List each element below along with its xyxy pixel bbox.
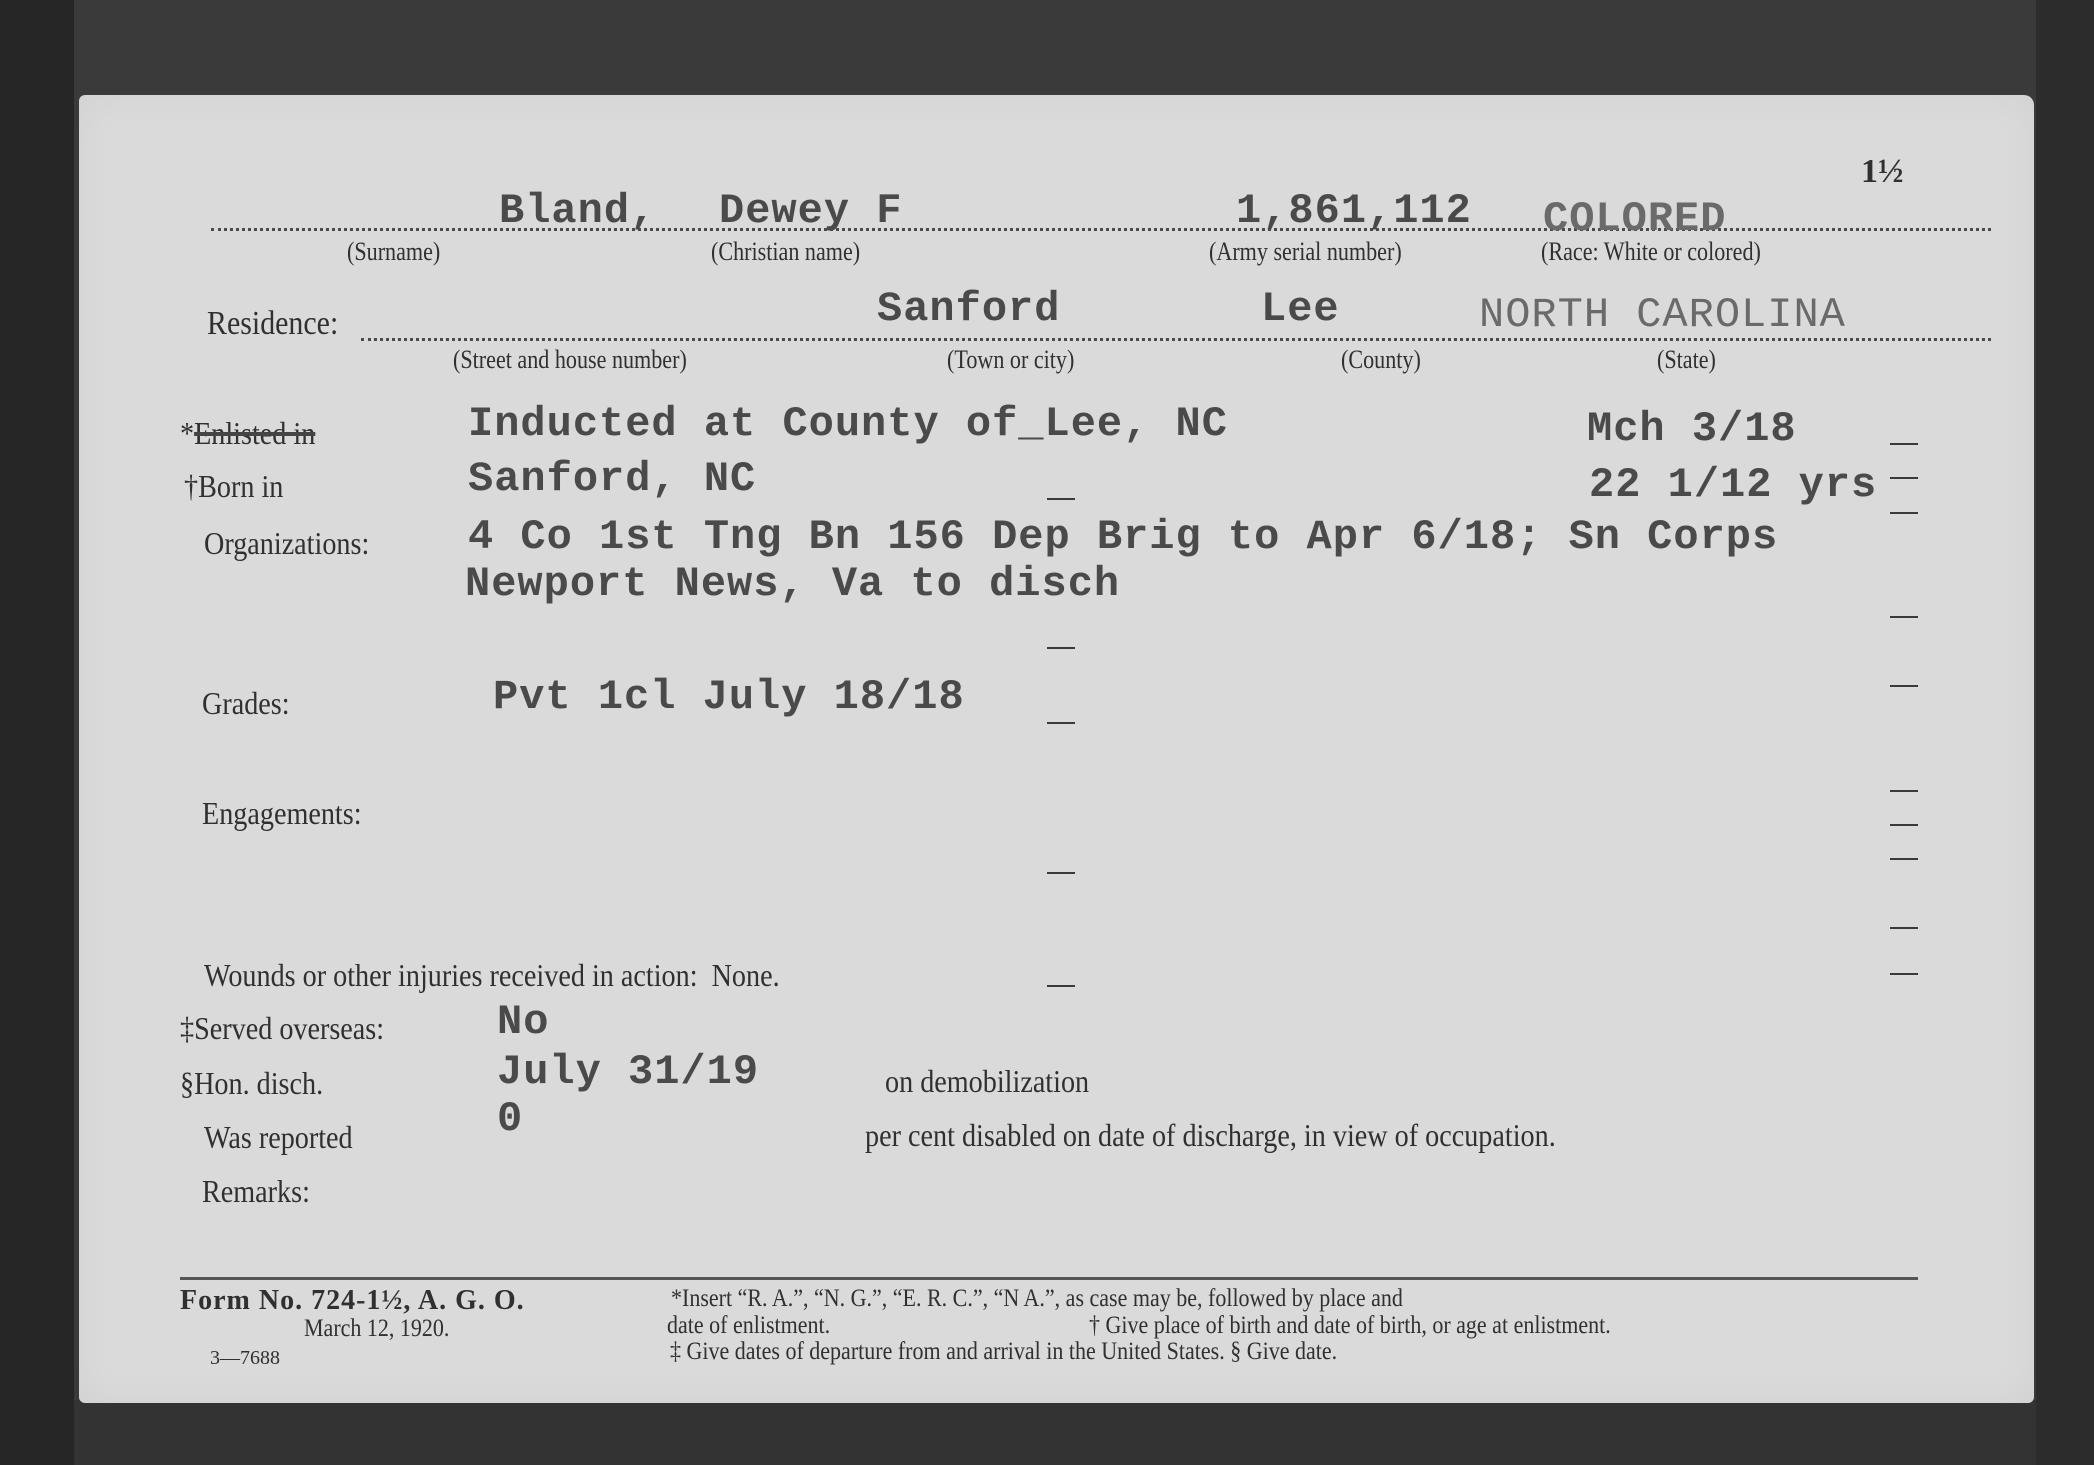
- born-label-text: Born in: [198, 468, 283, 504]
- organizations-label: Organizations:: [204, 525, 369, 562]
- served-overseas-value: No: [497, 998, 549, 1046]
- town-caption: (Town or city): [947, 345, 1074, 375]
- born-mid-dash: [1047, 498, 1075, 500]
- engagements-mid-dash: [1047, 722, 1075, 724]
- residence-state-value: NORTH CAROLINA: [1479, 291, 1846, 339]
- state-caption: (State): [1657, 345, 1716, 375]
- enlisted-label: *Enlisted in: [180, 415, 315, 452]
- surname-value: Bland,: [499, 187, 656, 235]
- hon-disch-value: July 31/19: [497, 1048, 759, 1096]
- hon-disch-label: §Hon. disch.: [180, 1065, 323, 1102]
- remarks-end-dash: [1890, 973, 1918, 975]
- street-caption: (Street and house number): [453, 345, 687, 375]
- footnote-line3: ‡ Give dates of departure from and arriv…: [670, 1338, 1337, 1366]
- born-age: 22 1/12 yrs: [1589, 461, 1877, 509]
- enlisted-marker: *: [180, 415, 194, 451]
- was-reported-suffix: per cent disabled on date of discharge, …: [865, 1117, 1556, 1154]
- organizations-line1: 4 Co 1st Tng Bn 156 Dep Brig to Apr 6/18…: [468, 513, 1778, 561]
- born-marker: †: [184, 468, 198, 504]
- footnote-line2a: date of enlistment.: [667, 1312, 830, 1340]
- hon-disch-suffix: on demobilization: [885, 1063, 1089, 1100]
- wounds-value: None.: [712, 957, 780, 993]
- was-reported-end-dash: [1890, 927, 1918, 929]
- scan-border-right: [2036, 0, 2094, 1465]
- serial-number-caption: (Army serial number): [1209, 237, 1402, 267]
- residence-label: Residence:: [207, 305, 338, 343]
- footnote-line2b: † Give place of birth and date of birth,…: [1089, 1312, 1611, 1340]
- served-overseas-label-text: Served overseas:: [194, 1010, 384, 1046]
- christian-name-value: Dewey F: [719, 187, 902, 235]
- was-reported-label: Was reported: [204, 1119, 353, 1156]
- christian-name-caption: (Christian name): [711, 237, 860, 267]
- grades-end-dash: [1890, 616, 1918, 618]
- enlisted-label-text: Enlisted in: [194, 415, 315, 451]
- footnote-line1: *Insert “R. A.”, “N. G.”, “E. R. C.”, “N…: [671, 1285, 1403, 1313]
- form-date: March 12, 1920.: [304, 1315, 449, 1343]
- remarks-mid-dash: [1047, 985, 1075, 987]
- overseas-mid-dash: [1047, 872, 1075, 874]
- organizations-line2: Newport News, Va to disch: [465, 560, 1120, 608]
- organizations-end-dash: [1890, 512, 1918, 514]
- served-overseas-label: ‡Served overseas:: [180, 1010, 384, 1047]
- wounds-label: Wounds or other injuries received in act…: [204, 957, 780, 994]
- served-overseas-marker: ‡: [180, 1010, 194, 1046]
- remarks-label: Remarks:: [202, 1173, 310, 1210]
- wounds-end-dash: [1890, 790, 1918, 792]
- born-end-dash: [1890, 477, 1918, 479]
- born-label: †Born in: [184, 468, 283, 505]
- born-value: Sanford, NC: [468, 455, 756, 503]
- print-code: 3—7688: [210, 1347, 280, 1370]
- hon-disch-label-text: Hon. disch.: [194, 1065, 323, 1101]
- scan-border-bottom: [74, 1400, 2036, 1465]
- surname-caption: (Surname): [347, 237, 440, 267]
- engagements-label: Engagements:: [202, 795, 362, 832]
- hon-disch-end-dash: [1890, 858, 1918, 860]
- hon-disch-marker: §: [180, 1065, 194, 1101]
- service-record-card: 1½ Bland, Dewey F 1,861,112 COLORED (Sur…: [79, 95, 2034, 1403]
- wounds-label-text: Wounds or other injuries received in act…: [204, 957, 698, 993]
- county-caption: (County): [1341, 345, 1421, 375]
- enlisted-value: Inducted at County of_Lee, NC: [468, 400, 1228, 448]
- overseas-end-dash: [1890, 824, 1918, 826]
- was-reported-value: 0: [497, 1095, 523, 1143]
- residence-town-value: Sanford: [877, 285, 1060, 333]
- enlisted-date: Mch 3/18: [1587, 405, 1797, 453]
- race-caption: (Race: White or colored): [1541, 237, 1761, 267]
- residence-county-value: Lee: [1261, 285, 1340, 333]
- enlisted-end-dash: [1890, 443, 1918, 445]
- race-value: COLORED: [1543, 195, 1726, 243]
- grades-label: Grades:: [202, 685, 290, 722]
- grades-value: Pvt 1cl July 18/18: [493, 673, 965, 721]
- form-number: Form No. 724-1½, A. G. O.: [180, 1285, 525, 1317]
- footer-rule: [180, 1277, 1918, 1280]
- engagements-end-dash: [1890, 685, 1918, 687]
- scan-border-left: [0, 0, 74, 1465]
- form-fraction: 1½: [1861, 153, 1904, 191]
- grades-mid-dash: [1047, 647, 1075, 649]
- serial-number-value: 1,861,112: [1236, 187, 1472, 235]
